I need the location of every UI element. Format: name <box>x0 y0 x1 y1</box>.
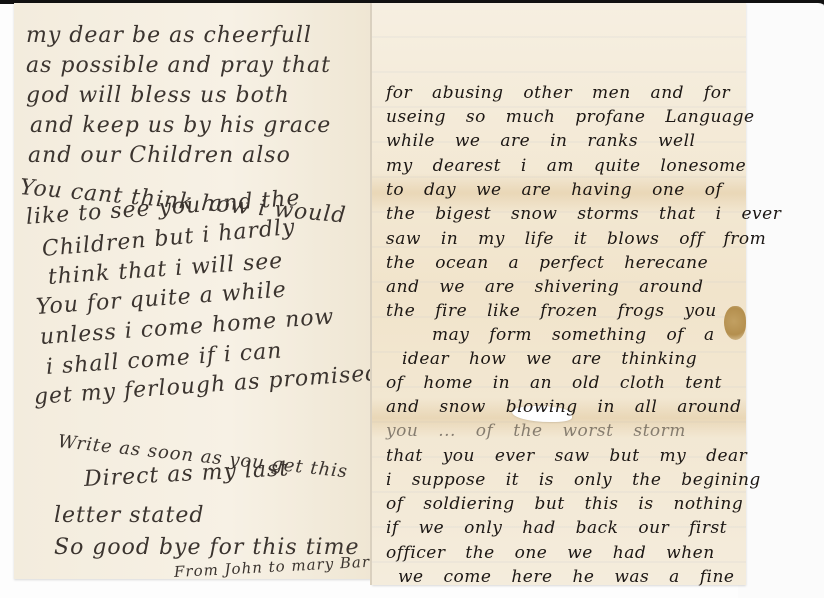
text-line: for abusing other men and for <box>386 83 730 103</box>
text-line: idear how we are thinking <box>402 349 697 369</box>
text-line: Direct as my last <box>83 456 289 492</box>
text-line: god will bless us both <box>26 83 290 108</box>
text-line: letter stated <box>54 503 204 528</box>
text-line: and snow blowing in all around <box>386 397 742 417</box>
text-line: my dearest i am quite lonesome <box>386 156 746 176</box>
text-line: the bigest snow storms that i ever <box>386 204 781 224</box>
letter-right-page: for abusing other men and for useing so … <box>372 3 746 585</box>
text-line: if we only had back our first <box>386 518 727 538</box>
scan-background <box>738 0 824 598</box>
text-line: you ... of the worst storm <box>386 421 686 441</box>
text-line: the ocean a perfect herecane <box>386 253 708 273</box>
text-line: and our Children also <box>28 143 291 168</box>
text-line: may form something of a <box>432 325 715 345</box>
text-line: i suppose it is only the begining <box>386 470 761 490</box>
text-line: my dear be as cheerfull <box>26 23 312 48</box>
text-line: that you ever saw but my dear <box>386 446 747 466</box>
text-line: useing so much profane Language <box>386 107 755 127</box>
text-line: saw in my life it blows off from <box>386 229 766 249</box>
letter-left-page: my dear be as cheerfull as possible and … <box>14 3 374 579</box>
text-line: to day we are having one of <box>386 180 722 200</box>
text-line: as possible and pray that <box>26 53 331 78</box>
text-line: of home in an old cloth tent <box>386 373 722 393</box>
text-line: while we are in ranks well <box>386 131 696 151</box>
text-line: officer the one we had when <box>386 543 715 563</box>
ink-stain <box>724 306 746 340</box>
text-line: and we are shivering around <box>386 277 703 297</box>
text-line: of soldiering but this is nothing <box>386 494 743 514</box>
text-line: the fire like frozen frogs you <box>386 301 717 321</box>
text-line: we come here he was a fine <box>398 567 734 587</box>
text-line: and keep us by his grace <box>30 113 331 138</box>
